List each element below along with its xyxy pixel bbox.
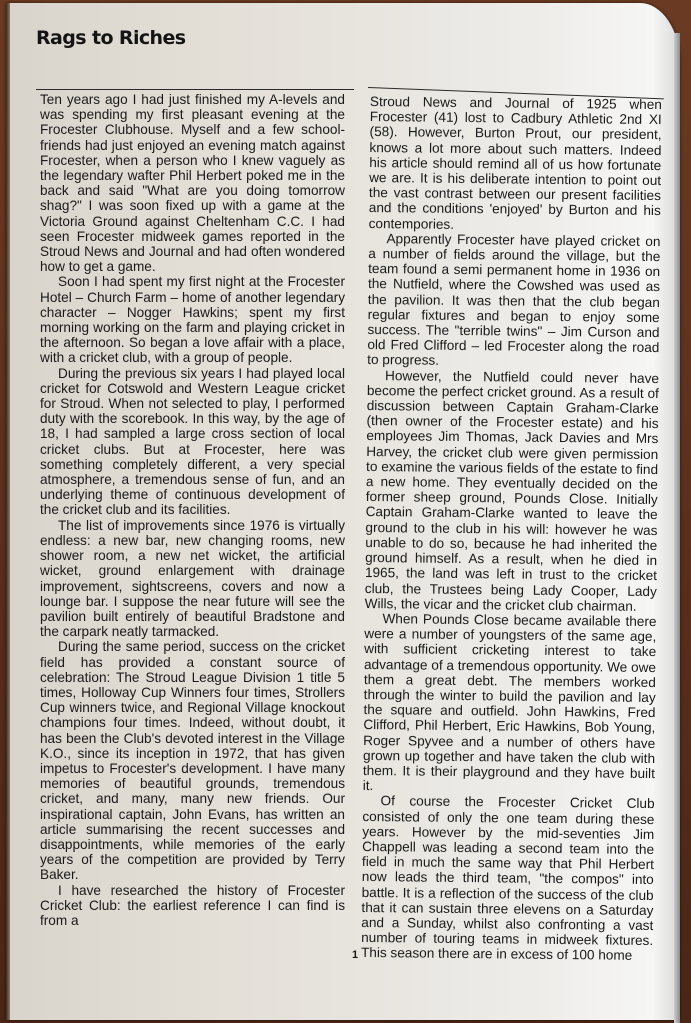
paragraph: Of course the Frocester Cricket Club con… bbox=[361, 793, 655, 963]
page-edge bbox=[674, 33, 680, 1023]
paragraph: During the previous six years I had play… bbox=[40, 366, 345, 518]
page-number: 1 bbox=[352, 949, 358, 961]
paragraph: Apparently Frocester have played cricket… bbox=[367, 231, 660, 371]
article-title: Rags to Riches bbox=[36, 27, 185, 49]
paragraph: Stroud News and Journal of 1925 when Fro… bbox=[369, 94, 662, 234]
paragraph: When Pounds Close became available there… bbox=[363, 611, 657, 796]
paragraph: However, the Nutfield could never have b… bbox=[365, 368, 660, 614]
paragraph: Ten years ago I had just finished my A-l… bbox=[40, 92, 345, 274]
paragraph: During the same period, success on the c… bbox=[40, 639, 345, 882]
paragraph: The list of improvements since 1976 is v… bbox=[40, 518, 345, 640]
right-column: Stroud News and Journal of 1925 when Fro… bbox=[361, 94, 662, 964]
paragraph: Soon I had spent my first night at the F… bbox=[40, 274, 345, 365]
magazine-page: Rags to Riches Ten years ago I had just … bbox=[6, 3, 680, 1020]
title-rule-left bbox=[36, 89, 354, 90]
left-column: Ten years ago I had just finished my A-l… bbox=[40, 92, 345, 928]
page-spine bbox=[6, 3, 10, 1020]
paragraph: I have researched the history of Frocest… bbox=[40, 883, 345, 929]
